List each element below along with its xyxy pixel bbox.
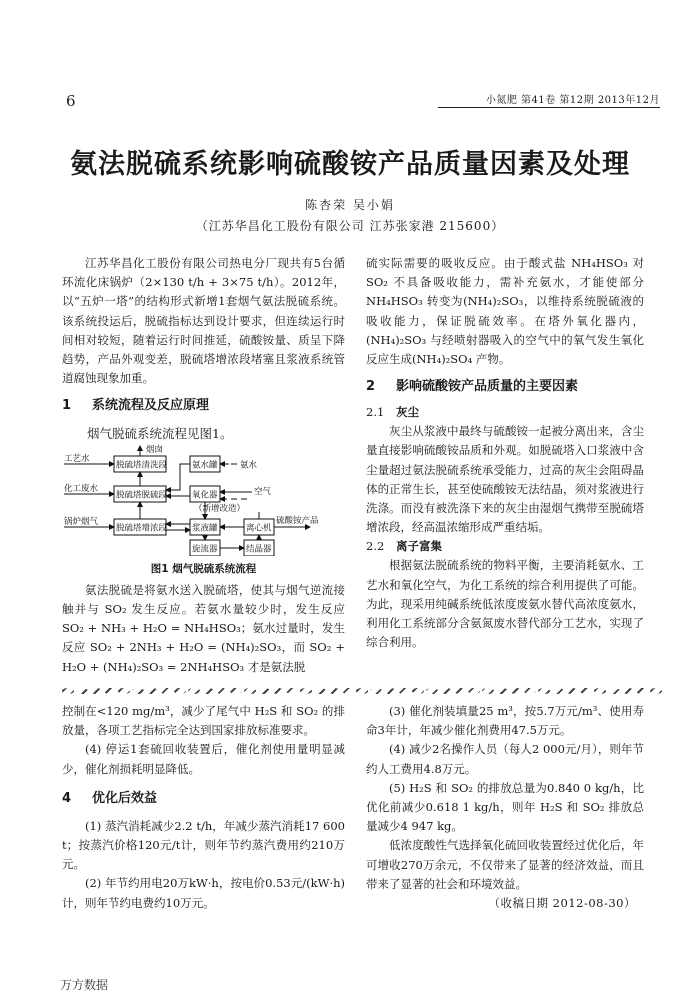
label-air: 空气 bbox=[254, 486, 272, 497]
article-authors: 陈杏荣 吴小娟 bbox=[0, 196, 700, 213]
conclusion: 低浓度酸性气选择氧化硫回收装置经过优化后，年可增收270万余元，不仅带来了显著的… bbox=[366, 836, 644, 894]
right-column-top: 硫实际需要的吸收反应。由于酸式盐 NH₄HSO₃ 对 SO₂ 不具备吸收能力，需… bbox=[366, 254, 644, 652]
benefit-3: (3) 催化剂装填量25 m³，按5.7万元/m³、使用寿命3年计，年减少催化剂… bbox=[366, 702, 644, 740]
page-number: 6 bbox=[66, 92, 76, 110]
reaction-continued: 硫实际需要的吸收反应。由于酸式盐 NH₄HSO₃ 对 SO₂ 不具备吸收能力，需… bbox=[366, 254, 644, 369]
label-process-water: 工艺水 bbox=[64, 453, 90, 464]
subsection-title: 离子富集 bbox=[396, 539, 442, 553]
label-chem-waste-water: 化工废水 bbox=[64, 483, 99, 494]
label-ammonia-tank: 氨水罐 bbox=[192, 459, 218, 470]
benefit-5: (5) H₂S 和 SO₂ 的排放总量为0.840 0 kg/h，比优化前减少0… bbox=[366, 779, 644, 837]
section-4-heading: 4优化后效益 bbox=[62, 789, 345, 809]
watermark: 万方数据 bbox=[60, 976, 108, 993]
reaction-paragraph: 氨法脱硫是将氨水送入脱硫塔，使其与烟气逆流接触并与 SO₂ 发生反应。若氨水量较… bbox=[62, 581, 345, 677]
intro-paragraph: 江苏华昌化工股份有限公司热电分厂现共有5台循环流化床锅炉（2×130 t/h +… bbox=[62, 254, 345, 388]
subsection-number: 2.2 bbox=[366, 537, 396, 556]
label-slurry-tank: 浆液罐 bbox=[192, 522, 218, 533]
section-title: 优化后效益 bbox=[92, 791, 157, 806]
left-column-top: 江苏华昌化工股份有限公司热电分厂现共有5台循环流化床锅炉（2×130 t/h +… bbox=[62, 254, 345, 677]
running-head: 小氮肥 第41卷 第12期 2013年12月 bbox=[438, 91, 660, 108]
section-number: 2 bbox=[366, 377, 396, 397]
label-cyclone: 旋流器 bbox=[192, 543, 218, 554]
emission-continued: 控制在<120 mg/m³，减少了尾气中 H₂S 和 SO₂ 的排放量，各项工艺… bbox=[62, 702, 345, 740]
label-concentrate: 脱硫塔增浓段 bbox=[116, 522, 168, 533]
section-1-heading: 1系统流程及反应原理 bbox=[62, 396, 345, 416]
figure-caption: 图1 烟气脱硫系统流程 bbox=[62, 560, 345, 579]
label-oxidizer: 氧化器 bbox=[192, 489, 218, 500]
section-title: 影响硫酸铵产品质量的主要因素 bbox=[396, 379, 578, 394]
right-column-bottom: (3) 催化剂装填量25 m³，按5.7万元/m³、使用寿命3年计，年减少催化剂… bbox=[366, 702, 644, 913]
benefit-2: (2) 年节约用电20万kW·h，按电价0.53元/(kW·h)计，则年节约电费… bbox=[62, 874, 345, 912]
label-product: 硫酸铵产品 bbox=[276, 515, 319, 526]
label-centrifuge: 离心机 bbox=[246, 522, 272, 533]
subsection-number: 2.1 bbox=[366, 403, 396, 422]
received-date: （收稿日期 2012-08-30） bbox=[366, 894, 644, 913]
label-new-mod: （新增改造） bbox=[194, 503, 245, 514]
label-wash: 脱硫塔清洗段 bbox=[116, 459, 168, 470]
subsection-2-2-heading: 2.2离子富集 bbox=[366, 537, 644, 556]
label-chimney: 烟囱 bbox=[146, 444, 163, 455]
benefit-1: (1) 蒸汽消耗减少2.2 t/h，年减少蒸汽消耗17 600 t；按蒸汽价格1… bbox=[62, 817, 345, 875]
flowchart-figure: 脱硫塔清洗段 脱硫塔脱硫段 脱硫塔增浓段 氨水罐 氧化器 浆液罐 旋流器 离心机… bbox=[62, 444, 347, 556]
dust-paragraph: 灰尘从浆液中最终与硫酸铵一起被分离出来，含尘量直接影响硫酸铵品质和外观。如脱硫塔… bbox=[366, 422, 644, 537]
item-4: (4) 停运1套硫回收装置后，催化剂使用量明显减少，催化剂损耗明显降低。 bbox=[62, 740, 345, 778]
subsection-title: 灰尘 bbox=[396, 405, 419, 419]
ion-enrichment-paragraph: 根据氨法脱硫系统的物料平衡，主要消耗氨水、工艺水和氧化空气，为化工系统的综合利用… bbox=[366, 556, 644, 652]
figure-intro: 烟气脱硫系统流程见图1。 bbox=[62, 424, 345, 443]
subsection-2-1-heading: 2.1灰尘 bbox=[366, 403, 644, 422]
section-number: 4 bbox=[62, 789, 92, 809]
ornamental-divider bbox=[62, 686, 662, 696]
article-affiliation: （江苏华昌化工股份有限公司 江苏张家港 215600） bbox=[0, 217, 700, 234]
label-desulf: 脱硫塔脱硫段 bbox=[116, 489, 168, 500]
article-title: 氨法脱硫系统影响硫酸铵产品质量因素及处理 bbox=[0, 142, 700, 181]
label-ammonia-water: 氨水 bbox=[240, 459, 258, 470]
label-boiler-flue-gas: 锅炉烟气 bbox=[64, 516, 99, 527]
left-column-bottom: 控制在<120 mg/m³，减少了尾气中 H₂S 和 SO₂ 的排放量，各项工艺… bbox=[62, 702, 345, 913]
benefit-4: (4) 减少2名操作人员（每人2 000元/月），则年节约人工费用4.8万元。 bbox=[366, 740, 644, 778]
section-2-heading: 2影响硫酸铵产品质量的主要因素 bbox=[366, 377, 644, 397]
label-crystallizer: 结晶器 bbox=[246, 543, 272, 554]
section-title: 系统流程及反应原理 bbox=[92, 398, 209, 413]
section-number: 1 bbox=[62, 396, 92, 416]
